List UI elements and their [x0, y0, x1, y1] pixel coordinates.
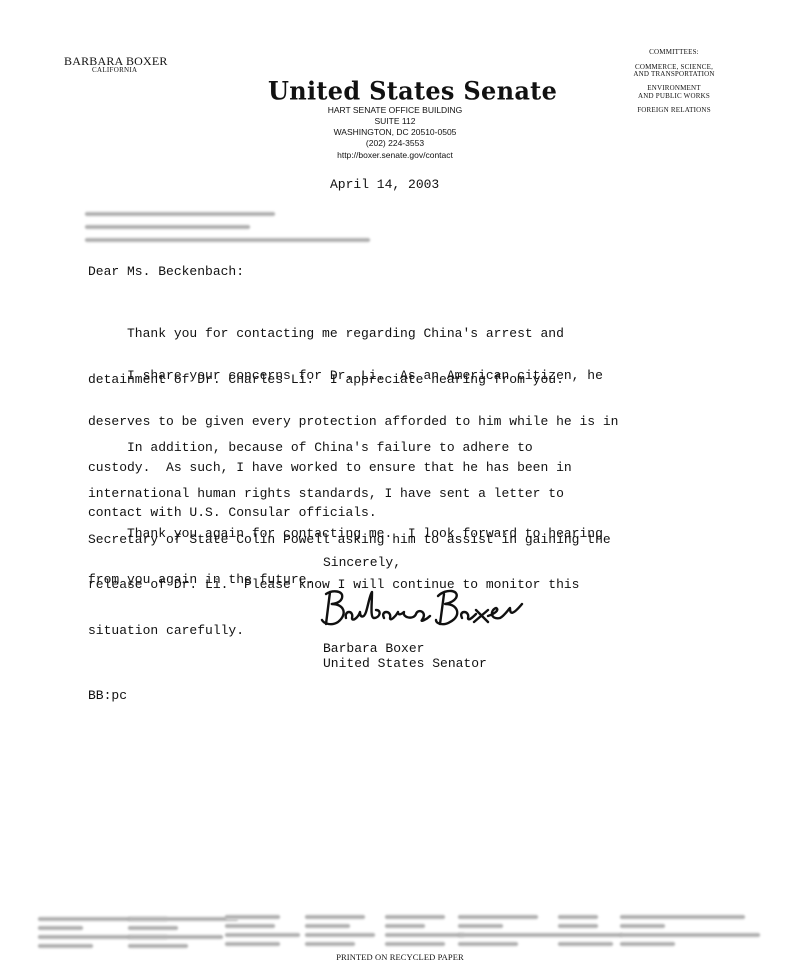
blurred-line [38, 925, 83, 931]
paragraph-line: Thank you again for contacting me. I loo… [88, 526, 603, 541]
blurred-line [128, 916, 238, 922]
blurred-line [458, 914, 538, 920]
committees-heading: COMMITTEES: [600, 48, 748, 56]
blurred-line [128, 934, 223, 940]
blurred-line [620, 932, 760, 938]
address-building: HART SENATE OFFICE BUILDING [270, 105, 520, 116]
signer-title: United States Senator [323, 656, 487, 671]
blurred-line [305, 923, 350, 929]
blurred-line [225, 932, 300, 938]
blurred-line [620, 923, 665, 929]
reference-initials: BB:pc [88, 688, 127, 703]
redacted-line [85, 211, 275, 217]
blurred-line [558, 941, 613, 947]
blurred-line [558, 914, 598, 920]
committee-environment-1: ENVIRONMENT [600, 84, 748, 92]
closing: Sincerely, [323, 555, 401, 570]
salutation: Dear Ms. Beckenbach: [88, 264, 244, 279]
signer-name: Barbara Boxer [323, 641, 424, 656]
blurred-line [620, 941, 675, 947]
blurred-line [558, 923, 598, 929]
sender-state: CALIFORNIA [92, 66, 137, 74]
handwritten-signature [318, 584, 528, 636]
blurred-line [225, 923, 275, 929]
blurred-line [38, 943, 93, 949]
letterhead-title: United States Senate [268, 75, 557, 105]
paragraph-line: In addition, because of China's failure … [88, 440, 611, 455]
printed-on-recycled-paper: PRINTED ON RECYCLED PAPER [0, 952, 800, 962]
address-city: WASHINGTON, DC 20510-0505 [270, 127, 520, 138]
blurred-line [385, 941, 445, 947]
blurred-line [458, 923, 503, 929]
blurred-line [128, 925, 178, 931]
blurred-line [305, 914, 365, 920]
blurred-line [305, 941, 355, 947]
address-phone: (202) 224-3553 [270, 138, 520, 149]
blurred-line [305, 932, 375, 938]
address-url: http://boxer.senate.gov/contact [270, 150, 520, 161]
committee-environment-2: AND PUBLIC WORKS [600, 92, 748, 100]
redacted-line [85, 237, 370, 243]
redacted-line [85, 224, 250, 230]
committee-commerce-2: AND TRANSPORTATION [600, 70, 748, 78]
blurred-line [128, 943, 188, 949]
blurred-line [225, 914, 280, 920]
blurred-line [385, 932, 465, 938]
letter-date: April 14, 2003 [330, 177, 439, 192]
blurred-line [458, 932, 623, 938]
paragraph-line: I share your concerns for Dr. Li. As an … [88, 368, 619, 383]
blurred-line [458, 941, 518, 947]
blurred-line [225, 941, 280, 947]
blurred-line [620, 914, 745, 920]
committee-foreign-relations: FOREIGN RELATIONS [600, 106, 748, 114]
blurred-line [385, 923, 425, 929]
blurred-line [385, 914, 445, 920]
address-suite: SUITE 112 [270, 116, 520, 127]
